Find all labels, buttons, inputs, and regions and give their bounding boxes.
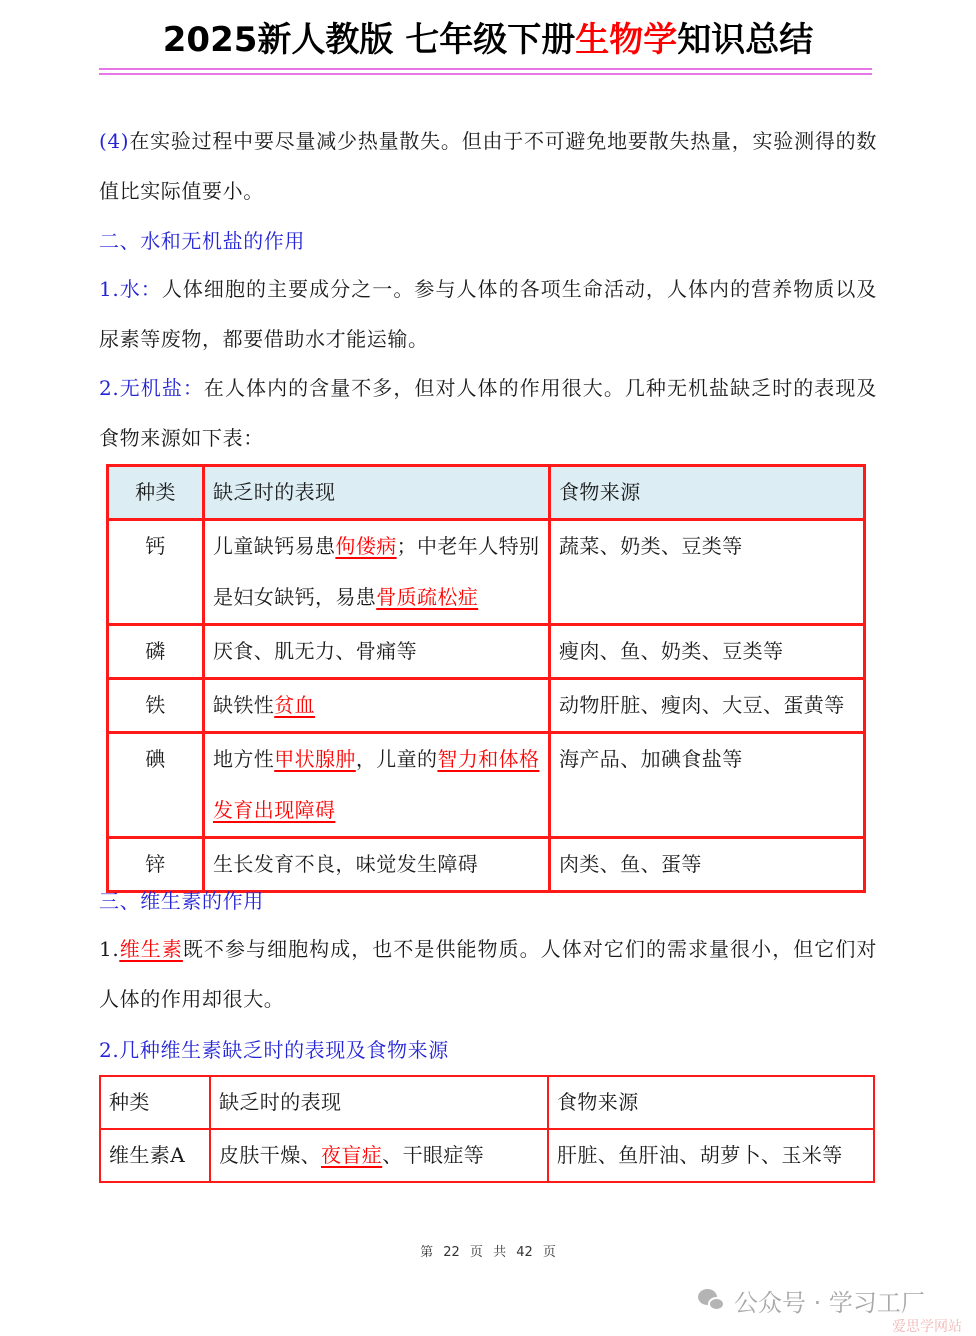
salt-text: 在人体内的含量不多，但对人体的作用很大。几种无机盐缺乏时的表现及食物来源如下表： [99, 376, 877, 450]
table-row: 维生素A 皮肤干燥、夜盲症、干眼症等 肝脏、鱼肝油、胡萝卜、玉米等 [100, 1129, 874, 1182]
symptom-text: ，儿童的 [356, 747, 438, 771]
wechat-watermark: 公众号 · 学习工厂 [698, 1283, 925, 1318]
row-symptom: 地方性甲状腺肿，儿童的智力和体格发育出现障碍 [204, 733, 550, 838]
row-kind: 锌 [108, 838, 204, 892]
water-label: 1.水： [99, 277, 162, 301]
header-source: 食物来源 [548, 1076, 874, 1129]
site-watermark: 爱思学网站 [892, 1316, 962, 1336]
row-kind: 碘 [108, 733, 204, 838]
salt-paragraph: 2.无机盐：在人体内的含量不多，但对人体的作用很大。几种无机盐缺乏时的表现及食物… [99, 364, 877, 463]
row-symptom: 皮肤干燥、夜盲症、干眼症等 [210, 1129, 548, 1182]
row-kind: 钙 [108, 520, 204, 625]
row-symptom: 厌食、肌无力、骨痛等 [204, 625, 550, 679]
symptom-highlight: 骨质疏松症 [376, 585, 478, 609]
symptom-highlight: 甲状腺肿 [274, 747, 356, 771]
header-symptom: 缺乏时的表现 [204, 466, 550, 520]
title-divider [99, 68, 872, 75]
vitamin-table: 种类 缺乏时的表现 食物来源 维生素A 皮肤干燥、夜盲症、干眼症等 肝脏、鱼肝油… [99, 1075, 875, 1183]
row-kind: 维生素A [100, 1129, 210, 1182]
header-kind: 种类 [108, 466, 204, 520]
salt-label: 2.无机盐： [99, 376, 204, 400]
intro-item-4: (4)在实验过程中要尽量减少热量散失。但由于不可避免地要散失热量，实验测得的数值… [99, 117, 877, 216]
row-source: 瘦肉、鱼、奶类、豆类等 [550, 625, 865, 679]
symptom-text: 儿童缺钙易患 [213, 534, 335, 558]
row-symptom: 缺铁性贫血 [204, 679, 550, 733]
table-row: 钙 儿童缺钙易患佝偻病；中老年人特别是妇女缺钙，易患骨质疏松症 蔬菜、奶类、豆类… [108, 520, 865, 625]
row-source: 蔬菜、奶类、豆类等 [550, 520, 865, 625]
symptom-highlight: 夜盲症 [321, 1143, 382, 1167]
section-2-heading: 二、水和无机盐的作用 [99, 226, 305, 256]
symptom-text: 生长发育不良，味觉发生障碍 [213, 852, 478, 876]
row-source: 肝脏、鱼肝油、胡萝卜、玉米等 [548, 1129, 874, 1182]
row-symptom: 儿童缺钙易患佝偻病；中老年人特别是妇女缺钙，易患骨质疏松症 [204, 520, 550, 625]
item-4-label: (4) [99, 129, 129, 153]
vitamin-num: 1. [99, 937, 119, 961]
title-part1: 2025新人教版 七年级下册 [163, 20, 575, 60]
item-4-text: 在实验过程中要尽量减少热量散失。但由于不可避免地要散失热量，实验测得的数值比实际… [99, 129, 877, 203]
row-source: 肉类、鱼、蛋等 [550, 838, 865, 892]
row-kind: 磷 [108, 625, 204, 679]
table-header-row: 种类 缺乏时的表现 食物来源 [100, 1076, 874, 1129]
wechat-icon [698, 1289, 726, 1313]
page-number: 第 22 页 共 42 页 [0, 1241, 976, 1260]
title-highlight: 生物学 [575, 20, 677, 60]
row-source: 动物肝脏、瘦肉、大豆、蛋黄等 [550, 679, 865, 733]
symptom-text: 地方性 [213, 747, 274, 771]
symptom-text: 缺铁性 [213, 693, 274, 717]
watermark-text: 公众号 · 学习工厂 [734, 1283, 925, 1318]
table-row: 磷 厌食、肌无力、骨痛等 瘦肉、鱼、奶类、豆类等 [108, 625, 865, 679]
vitamin-paragraph: 1.维生素既不参与细胞构成，也不是供能物质。人体对它们的需求量很小，但它们对人体… [99, 925, 877, 1024]
symptom-text: 、干眼症等 [382, 1143, 484, 1167]
table-row: 铁 缺铁性贫血 动物肝脏、瘦肉、大豆、蛋黄等 [108, 679, 865, 733]
symptom-highlight: 贫血 [274, 693, 315, 717]
table-row: 锌 生长发育不良，味觉发生障碍 肉类、鱼、蛋等 [108, 838, 865, 892]
title-part2: 知识总结 [677, 20, 813, 60]
section-3-heading: 三、维生素的作用 [99, 886, 264, 916]
vitamin-subheading: 2.几种维生素缺乏时的表现及食物来源 [99, 1035, 449, 1065]
row-symptom: 生长发育不良，味觉发生障碍 [204, 838, 550, 892]
mineral-table: 种类 缺乏时的表现 食物来源 钙 儿童缺钙易患佝偻病；中老年人特别是妇女缺钙，易… [106, 464, 866, 893]
symptom-text: 皮肤干燥、 [219, 1143, 321, 1167]
table-row: 碘 地方性甲状腺肿，儿童的智力和体格发育出现障碍 海产品、加碘食盐等 [108, 733, 865, 838]
table-header-row: 种类 缺乏时的表现 食物来源 [108, 466, 865, 520]
header-symptom: 缺乏时的表现 [210, 1076, 548, 1129]
row-source: 海产品、加碘食盐等 [550, 733, 865, 838]
water-paragraph: 1.水：人体细胞的主要成分之一。参与人体的各项生命活动，人体内的营养物质以及尿素… [99, 265, 877, 364]
row-kind: 铁 [108, 679, 204, 733]
header-source: 食物来源 [550, 466, 865, 520]
symptom-text: 厌食、肌无力、骨痛等 [213, 639, 417, 663]
page-title: 2025新人教版 七年级下册生物学知识总结 [0, 14, 976, 66]
vitamin-text: 既不参与细胞构成，也不是供能物质。人体对它们的需求量很小，但它们对人体的作用却很… [99, 937, 877, 1011]
header-kind: 种类 [100, 1076, 210, 1129]
symptom-highlight: 佝偻病 [335, 534, 396, 558]
vitamin-term: 维生素 [119, 937, 183, 961]
water-text: 人体细胞的主要成分之一。参与人体的各项生命活动，人体内的营养物质以及尿素等废物，… [99, 277, 877, 351]
